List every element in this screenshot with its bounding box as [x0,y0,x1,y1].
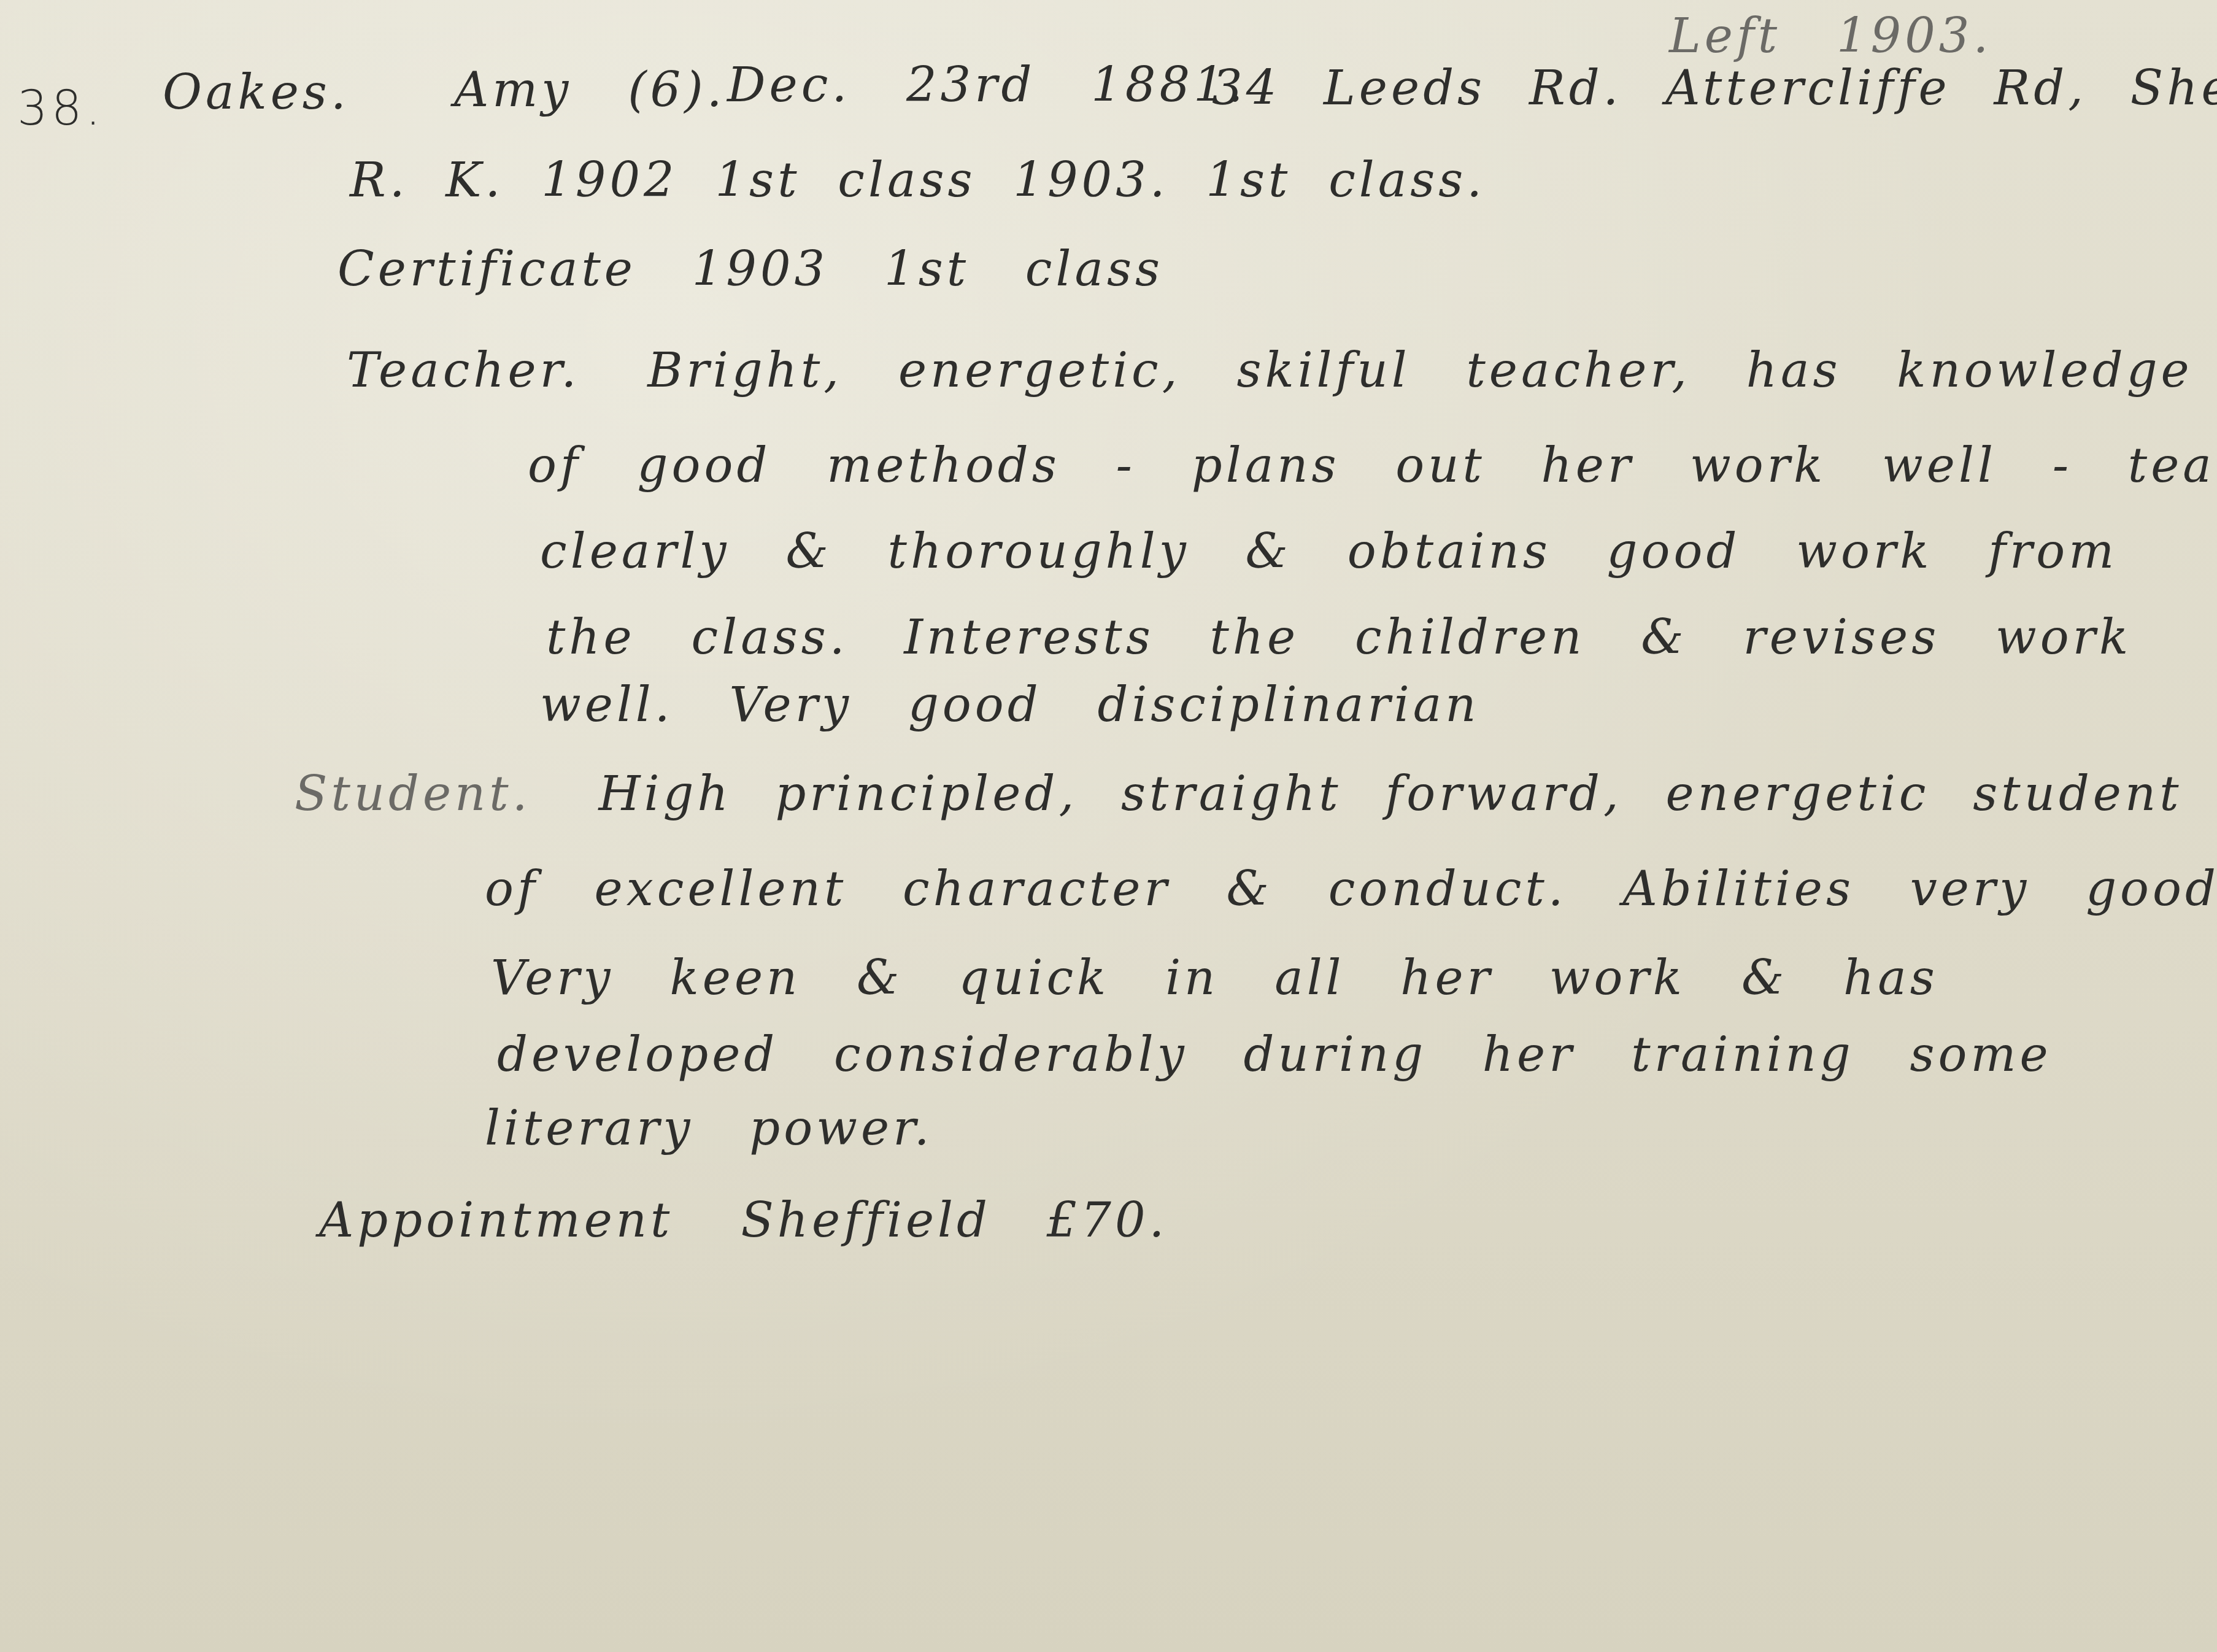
teacher-line: of good methods - plans out her work wel… [528,442,2217,490]
left-date-note: Left 1903. [1669,12,1992,60]
surname: Oakes. [163,69,350,117]
student-label: Student. [295,766,531,822]
rk-exam-results: R. K. 1902 1st class 1903. 1st class. [350,156,1486,204]
student-line: developed considerably during her traini… [497,1031,2052,1079]
birth-date: Dec. 23rd 1881. [727,61,1247,109]
home-address: 34 Leeds Rd. Attercliffe Rd, Sheffield [1212,64,2217,112]
teacher-line: the class. Interests the children & revi… [546,614,2132,662]
teacher-line: clearly & thoroughly & obtains good work… [540,528,2118,576]
ledger-page: Left 1903. 38. Oakes. Amy (6). Dec. 23rd… [0,0,2217,1652]
certificate-result: Certificate 1903 1st class [337,245,1163,293]
student-line: of excellent character & conduct. Abilit… [485,865,2217,913]
student-line: literary power. [485,1105,933,1152]
teacher-line: well. Very good disciplinarian [540,681,1480,729]
entry-number: 38. [17,85,104,133]
teacher-label: Teacher. [347,343,580,398]
teacher-line: Bright, energetic, skilful teacher, has … [647,343,2192,398]
student-line: High principled, straight forward, energ… [598,766,2182,822]
appointment-row: AppointmentSheffield £70. [319,1197,1168,1245]
appointment-value: Sheffield £70. [741,1193,1168,1248]
student-line: Very keen & quick in all her work & has [491,954,1938,1002]
appointment-label: Appointment [319,1193,673,1248]
forename: Amy (6). [454,66,725,114]
